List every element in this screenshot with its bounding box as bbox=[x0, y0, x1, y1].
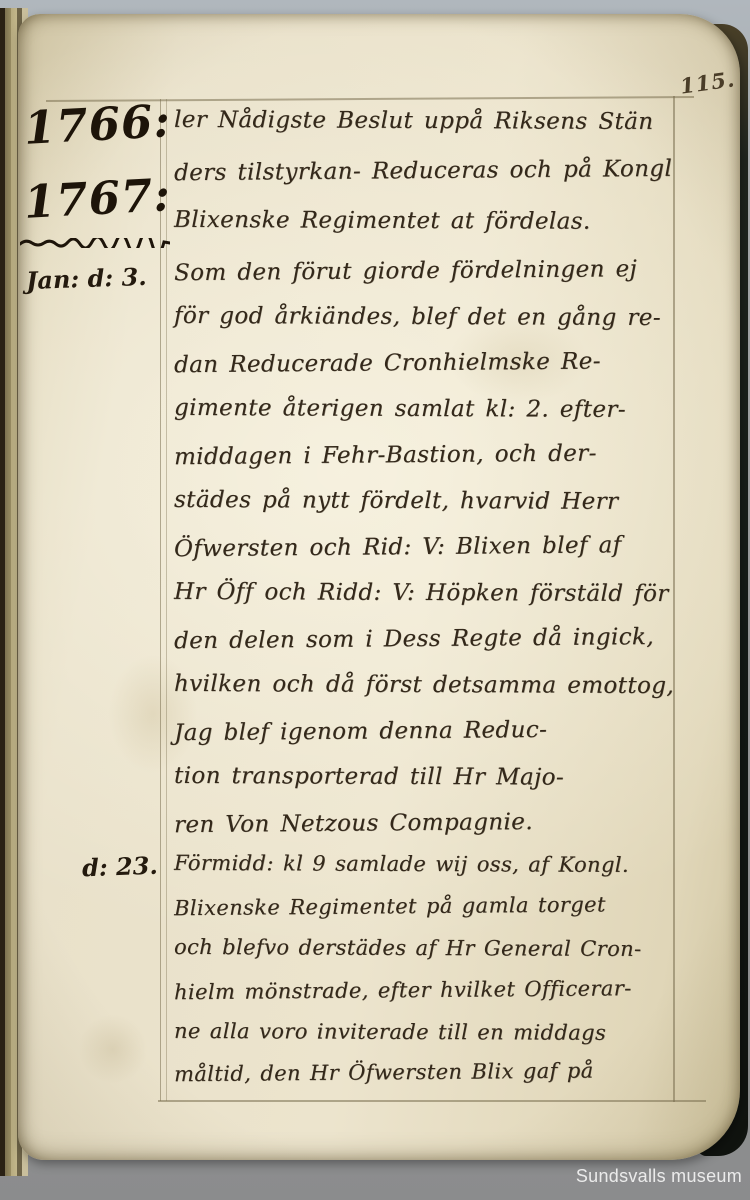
manuscript-line: ders tilstyrkan- Reduceras och på Kongl bbox=[174, 156, 679, 186]
frame-rule-bottom bbox=[158, 1100, 706, 1102]
manuscript-line: middagen i Fehr-Bastion, och der- bbox=[174, 440, 679, 470]
margin-year-1766: 1766: bbox=[23, 94, 172, 155]
margin-rule bbox=[160, 99, 161, 1101]
manuscript-photo: 115. 1766: 1767: Jan: d: 3. d: 23. ler N… bbox=[0, 0, 750, 1200]
margin-year-1767: 1767: bbox=[23, 168, 172, 229]
manuscript-line: dan Reducerade Cronhielmske Re- bbox=[174, 348, 679, 378]
manuscript-line: Öfwersten och Rid: V: Blixen blef af bbox=[174, 532, 679, 562]
manuscript-page: 115. 1766: 1767: Jan: d: 3. d: 23. ler N… bbox=[18, 14, 740, 1160]
manuscript-line: Jag blef igenom denna Reduc- bbox=[174, 716, 679, 746]
manuscript-line: Hr Öff och Ridd: V: Höpken förstäld för bbox=[174, 579, 679, 607]
manuscript-line: hielm mönstrade, efter hvilket Officerar… bbox=[174, 976, 679, 1004]
margin-rule bbox=[166, 99, 167, 1101]
margin-date-d-23: d: 23. bbox=[82, 851, 159, 883]
page-number: 115. bbox=[679, 66, 737, 98]
manuscript-line: Blixenske Regimentet på gamla torget bbox=[174, 892, 679, 920]
manuscript-line: den delen som i Dess Regte då ingick, bbox=[174, 624, 679, 654]
manuscript-line: gimente återigen samlat kl: 2. efter- bbox=[174, 395, 679, 423]
manuscript-line: måltid, den Hr Öfwersten Blix gaf på bbox=[174, 1058, 679, 1086]
year-underline-flourish bbox=[20, 238, 170, 248]
paper-stain bbox=[78, 1014, 148, 1084]
manuscript-line: Som den förut giorde fördelningen ej bbox=[174, 256, 679, 286]
manuscript-line: Blixenske Regimentet at fördelas. bbox=[174, 207, 679, 235]
manuscript-line: för god årkiändes, blef det en gång re- bbox=[174, 303, 679, 331]
manuscript-line: ne alla voro inviterade till en middags bbox=[174, 1019, 679, 1045]
margin-date-jan-3: Jan: d: 3. bbox=[26, 262, 148, 295]
manuscript-line: ren Von Netzous Compagnie. bbox=[174, 808, 679, 838]
manuscript-line: och blefvo derstädes af Hr General Cron- bbox=[174, 935, 679, 961]
manuscript-line: städes på nytt fördelt, hvarvid Herr bbox=[174, 487, 679, 515]
manuscript-line: tion transporterad till Hr Majo- bbox=[174, 763, 679, 791]
manuscript-line: ler Nådigste Beslut uppå Riksens Stän bbox=[174, 107, 679, 135]
manuscript-line: Förmidd: kl 9 samlade wij oss, af Kongl. bbox=[174, 851, 679, 877]
museum-watermark: Sundsvalls museum bbox=[576, 1166, 742, 1187]
manuscript-line: hvilken och då först detsamma emottog, bbox=[174, 671, 679, 699]
